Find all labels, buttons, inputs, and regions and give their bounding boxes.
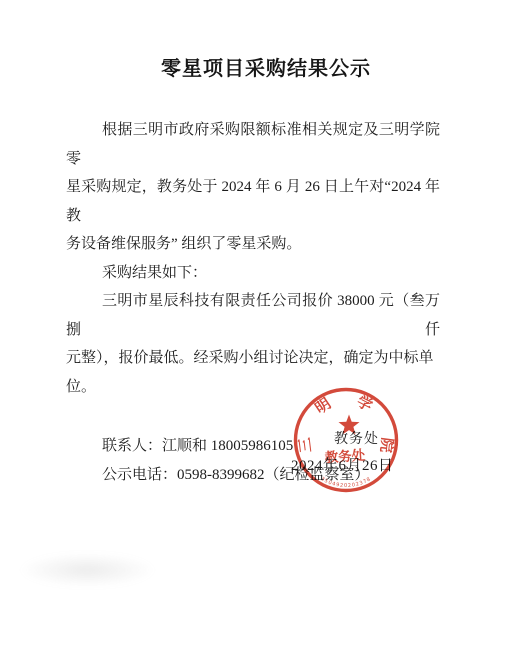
paragraph2-result-heading: 采购结果如下：: [66, 259, 440, 288]
seal-org-char-1: 三: [296, 436, 315, 453]
official-seal: 三 明 学 院 教务处 3504920202378: [292, 386, 400, 494]
seal-department-label: 教务处: [324, 447, 366, 466]
document-title: 零星项目采购结果公示: [0, 52, 532, 81]
paragraph1-line3: 务设备维保服务” 组织了零星采购。: [66, 230, 440, 259]
paragraph1-line2: 星采购规定，教务处于 2024 年 6 月 26 日上午对“2024 年教: [66, 173, 440, 230]
document-page: 零星项目采购结果公示 根据三明市政府采购限额标准相关规定及三明学院零 星采购规定…: [0, 0, 532, 648]
paragraph3-line1: 三明市星辰科技有限责任公司报价 38000 元（叁万捌仟: [66, 287, 440, 344]
seal-star-icon: [339, 415, 360, 435]
seal-org-char-4: 院: [377, 436, 397, 453]
paragraph1-line1: 根据三明市政府采购限额标准相关规定及三明学院零: [66, 116, 440, 173]
scan-smudge: [20, 553, 155, 587]
